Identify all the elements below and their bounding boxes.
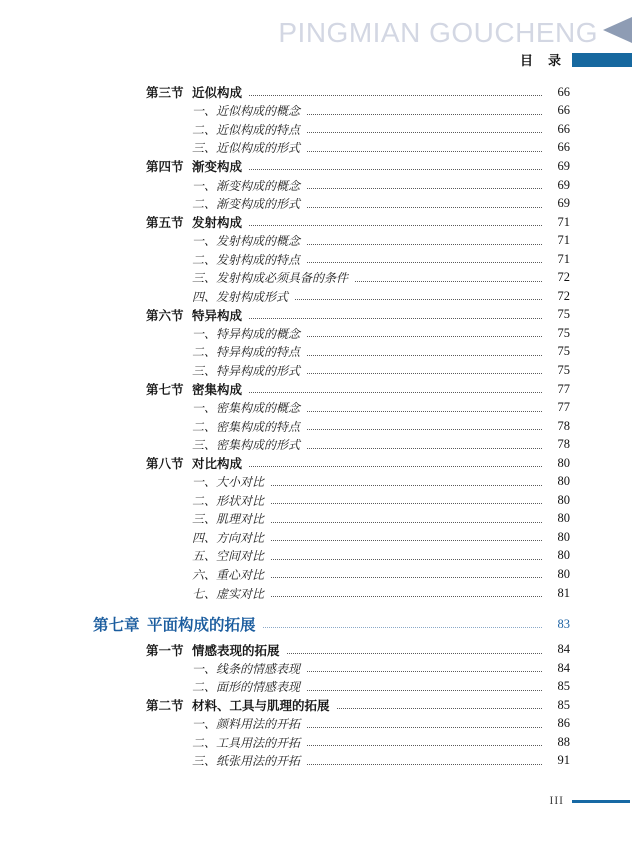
- toc-list: 第三节近似构成66一、近似构成的概念66二、近似构成的特点66三、近似构成的形式…: [146, 83, 570, 770]
- toc-entry-sub: 二、特异构成的特点75: [146, 343, 570, 362]
- toc-entry-title: 二、密集构成的特点: [192, 418, 300, 435]
- dotted-leader: [249, 390, 542, 393]
- toc-entry-page-number: 83: [548, 617, 570, 632]
- toc-entry-page-number: 80: [548, 456, 570, 471]
- toc-entry-sub: 五、空间对比80: [146, 547, 570, 566]
- toc-entry-title: 二、发射构成的特点: [192, 251, 300, 268]
- toc-entry-label: 第四节: [146, 157, 192, 175]
- toc-entry-page-number: 75: [548, 326, 570, 341]
- toc-entry-page-number: 71: [548, 215, 570, 230]
- toc-entry-page-number: 80: [548, 530, 570, 545]
- toc-entry-section: 第二节材料、工具与肌理的拓展85: [146, 696, 570, 715]
- folio-page-number: III: [550, 795, 565, 807]
- toc-entry-page-number: 80: [548, 493, 570, 508]
- toc-entry-title: 一、密集构成的概念: [192, 399, 300, 416]
- toc-entry-sub: 二、工具用法的开拓88: [146, 733, 570, 752]
- toc-entry-page-number: 78: [548, 437, 570, 452]
- toc-entry-page-number: 66: [548, 122, 570, 137]
- dotted-leader: [263, 625, 542, 628]
- toc-entry-title: 二、形状对比: [192, 492, 264, 509]
- toc-entry-page-number: 80: [548, 511, 570, 526]
- toc-entry-title: 近似构成: [192, 83, 242, 101]
- toc-entry-section: 第六节特异构成75: [146, 306, 570, 325]
- toc-entry-sub: 三、特异构成的形式75: [146, 361, 570, 380]
- toc-entry-title: 一、大小对比: [192, 473, 264, 490]
- toc-entry-title: 密集构成: [192, 380, 242, 398]
- toc-entry-title: 对比构成: [192, 454, 242, 472]
- toc-entry-page-number: 85: [548, 679, 570, 694]
- dotted-leader: [307, 371, 542, 374]
- toc-entry-title: 一、颜料用法的开拓: [192, 715, 300, 732]
- toc-entry-sub: 四、发射构成形式72: [146, 287, 570, 306]
- dotted-leader: [355, 279, 542, 282]
- toc-entry-sub: 一、大小对比80: [146, 472, 570, 491]
- toc-entry-page-number: 71: [548, 252, 570, 267]
- toc-entry-page-number: 84: [548, 661, 570, 676]
- dotted-leader: [307, 427, 542, 430]
- toc-entry-page-number: 69: [548, 196, 570, 211]
- toc-entry-sub: 一、颜料用法的开拓86: [146, 715, 570, 734]
- toc-entry-page-number: 88: [548, 735, 570, 750]
- toc-entry-title: 发射构成: [192, 213, 242, 231]
- toc-entry-sub: 三、近似构成的形式66: [146, 139, 570, 158]
- dotted-leader: [295, 297, 542, 300]
- toc-entry-title: 四、发射构成形式: [192, 288, 288, 305]
- toc-title: 目 录: [520, 50, 562, 69]
- toc-entry-page-number: 77: [548, 382, 570, 397]
- toc-entry-sub: 四、方向对比80: [146, 528, 570, 547]
- dotted-leader: [307, 205, 542, 208]
- page-footer: III: [550, 795, 631, 807]
- toc-entry-section: 第三节近似构成66: [146, 83, 570, 102]
- toc-entry-label: 第八节: [146, 454, 192, 472]
- dotted-leader: [271, 501, 542, 504]
- toc-entry-page-number: 75: [548, 307, 570, 322]
- dotted-leader: [249, 167, 542, 170]
- toc-entry-page-number: 86: [548, 716, 570, 731]
- dotted-leader: [307, 149, 542, 152]
- toc-entry-page-number: 84: [548, 642, 570, 657]
- dotted-leader: [307, 669, 542, 672]
- brand-title: PINGMIAN GOUCHENG: [278, 17, 598, 49]
- dotted-leader: [271, 538, 542, 541]
- toc-entry-sub: 二、形状对比80: [146, 491, 570, 510]
- left-triangle-icon: [603, 17, 632, 43]
- toc-entry-label: 第三节: [146, 83, 192, 101]
- dotted-leader: [307, 353, 542, 356]
- toc-entry-title: 一、近似构成的概念: [192, 102, 300, 119]
- dotted-leader: [249, 223, 542, 226]
- dotted-leader: [287, 651, 542, 654]
- toc-entry-label: 第七节: [146, 380, 192, 398]
- toc-entry-sub: 一、线条的情感表现84: [146, 659, 570, 678]
- toc-entry-title: 二、面形的情感表现: [192, 678, 300, 695]
- dotted-leader: [249, 316, 542, 319]
- toc-entry-page-number: 66: [548, 85, 570, 100]
- toc-entry-label: 第五节: [146, 213, 192, 231]
- toc-entry-title: 七、虚实对比: [192, 585, 264, 602]
- toc-entry-title: 五、空间对比: [192, 547, 264, 564]
- dotted-leader: [249, 93, 542, 96]
- toc-entry-sub: 三、肌理对比80: [146, 510, 570, 529]
- dotted-leader: [307, 242, 542, 245]
- toc-entry-title: 平面构成的拓展: [147, 613, 256, 635]
- toc-entry-label: 第七章: [93, 613, 147, 635]
- toc-entry-section: 第一节情感表现的拓展84: [146, 640, 570, 659]
- dotted-leader: [271, 594, 542, 597]
- toc-entry-title: 二、渐变构成的形式: [192, 195, 300, 212]
- toc-entry-title: 情感表现的拓展: [192, 641, 280, 659]
- toc-entry-title: 二、工具用法的开拓: [192, 734, 300, 751]
- toc-entry-sub: 三、发射构成必须具备的条件72: [146, 268, 570, 287]
- toc-entry-sub: 三、纸张用法的开拓91: [146, 752, 570, 771]
- toc-entry-page-number: 77: [548, 400, 570, 415]
- toc-entry-page-number: 69: [548, 178, 570, 193]
- dotted-leader: [307, 334, 542, 337]
- toc-entry-sub: 一、渐变构成的概念69: [146, 176, 570, 195]
- toc-entry-section: 第四节渐变构成69: [146, 157, 570, 176]
- toc-entry-sub: 二、面形的情感表现85: [146, 677, 570, 696]
- toc-entry-sub: 一、特异构成的概念75: [146, 324, 570, 343]
- toc-entry-page-number: 66: [548, 103, 570, 118]
- dotted-leader: [271, 483, 542, 486]
- toc-entry-title: 一、发射构成的概念: [192, 232, 300, 249]
- toc-entry-title: 六、重心对比: [192, 566, 264, 583]
- dotted-leader: [271, 557, 542, 560]
- dotted-leader: [307, 743, 542, 746]
- dotted-leader: [307, 688, 542, 691]
- toc-entry-section: 第七节密集构成77: [146, 380, 570, 399]
- toc-entry-sub: 二、近似构成的特点66: [146, 120, 570, 139]
- toc-entry-chapter: 第七章平面构成的拓展83: [93, 612, 570, 636]
- toc-entry-page-number: 80: [548, 548, 570, 563]
- dotted-leader: [307, 762, 542, 765]
- toc-entry-page-number: 78: [548, 419, 570, 434]
- toc-entry-title: 三、纸张用法的开拓: [192, 752, 300, 769]
- toc-entry-page-number: 85: [548, 698, 570, 713]
- toc-entry-sub: 七、虚实对比81: [146, 584, 570, 603]
- toc-entry-title: 渐变构成: [192, 157, 242, 175]
- toc-entry-page-number: 72: [548, 289, 570, 304]
- header-accent-bar: [572, 53, 632, 67]
- dotted-leader: [307, 112, 542, 115]
- toc-entry-title: 二、近似构成的特点: [192, 121, 300, 138]
- toc-entry-title: 一、线条的情感表现: [192, 660, 300, 677]
- dotted-leader: [307, 260, 542, 263]
- toc-entry-page-number: 91: [548, 753, 570, 768]
- toc-entry-page-number: 80: [548, 567, 570, 582]
- toc-entry-title: 特异构成: [192, 306, 242, 324]
- toc-entry-label: 第一节: [146, 641, 192, 659]
- dotted-leader: [271, 520, 542, 523]
- footer-accent-line: [572, 800, 630, 803]
- toc-entry-title: 三、发射构成必须具备的条件: [192, 269, 348, 286]
- toc-entry-page-number: 75: [548, 344, 570, 359]
- toc-entry-title: 材料、工具与肌理的拓展: [192, 696, 330, 714]
- dotted-leader: [307, 130, 542, 133]
- toc-entry-title: 一、特异构成的概念: [192, 325, 300, 342]
- toc-entry-title: 三、密集构成的形式: [192, 436, 300, 453]
- toc-entry-title: 三、近似构成的形式: [192, 139, 300, 156]
- toc-entry-label: 第二节: [146, 696, 192, 714]
- toc-header: 目 录: [520, 50, 632, 69]
- toc-entry-title: 三、特异构成的形式: [192, 362, 300, 379]
- toc-entry-title: 四、方向对比: [192, 529, 264, 546]
- toc-entry-label: 第六节: [146, 306, 192, 324]
- toc-entry-sub: 六、重心对比80: [146, 565, 570, 584]
- dotted-leader: [271, 575, 542, 578]
- toc-entry-section: 第八节对比构成80: [146, 454, 570, 473]
- toc-entry-page-number: 69: [548, 159, 570, 174]
- dotted-leader: [337, 706, 542, 709]
- toc-entry-title: 三、肌理对比: [192, 510, 264, 527]
- dotted-leader: [307, 725, 542, 728]
- toc-entry-sub: 二、渐变构成的形式69: [146, 194, 570, 213]
- dotted-leader: [307, 186, 542, 189]
- dotted-leader: [307, 409, 542, 412]
- toc-entry-section: 第五节发射构成71: [146, 213, 570, 232]
- toc-entry-sub: 一、发射构成的概念71: [146, 231, 570, 250]
- toc-entry-page-number: 81: [548, 586, 570, 601]
- dotted-leader: [249, 464, 542, 467]
- toc-entry-sub: 二、发射构成的特点71: [146, 250, 570, 269]
- toc-entry-sub: 一、密集构成的概念77: [146, 398, 570, 417]
- toc-entry-title: 一、渐变构成的概念: [192, 177, 300, 194]
- toc-entry-title: 二、特异构成的特点: [192, 343, 300, 360]
- toc-entry-page-number: 72: [548, 270, 570, 285]
- dotted-leader: [307, 446, 542, 449]
- toc-entry-sub: 二、密集构成的特点78: [146, 417, 570, 436]
- toc-entry-sub: 三、密集构成的形式78: [146, 435, 570, 454]
- toc-entry-page-number: 71: [548, 233, 570, 248]
- toc-entry-sub: 一、近似构成的概念66: [146, 102, 570, 121]
- toc-entry-page-number: 66: [548, 140, 570, 155]
- toc-entry-page-number: 75: [548, 363, 570, 378]
- toc-entry-page-number: 80: [548, 474, 570, 489]
